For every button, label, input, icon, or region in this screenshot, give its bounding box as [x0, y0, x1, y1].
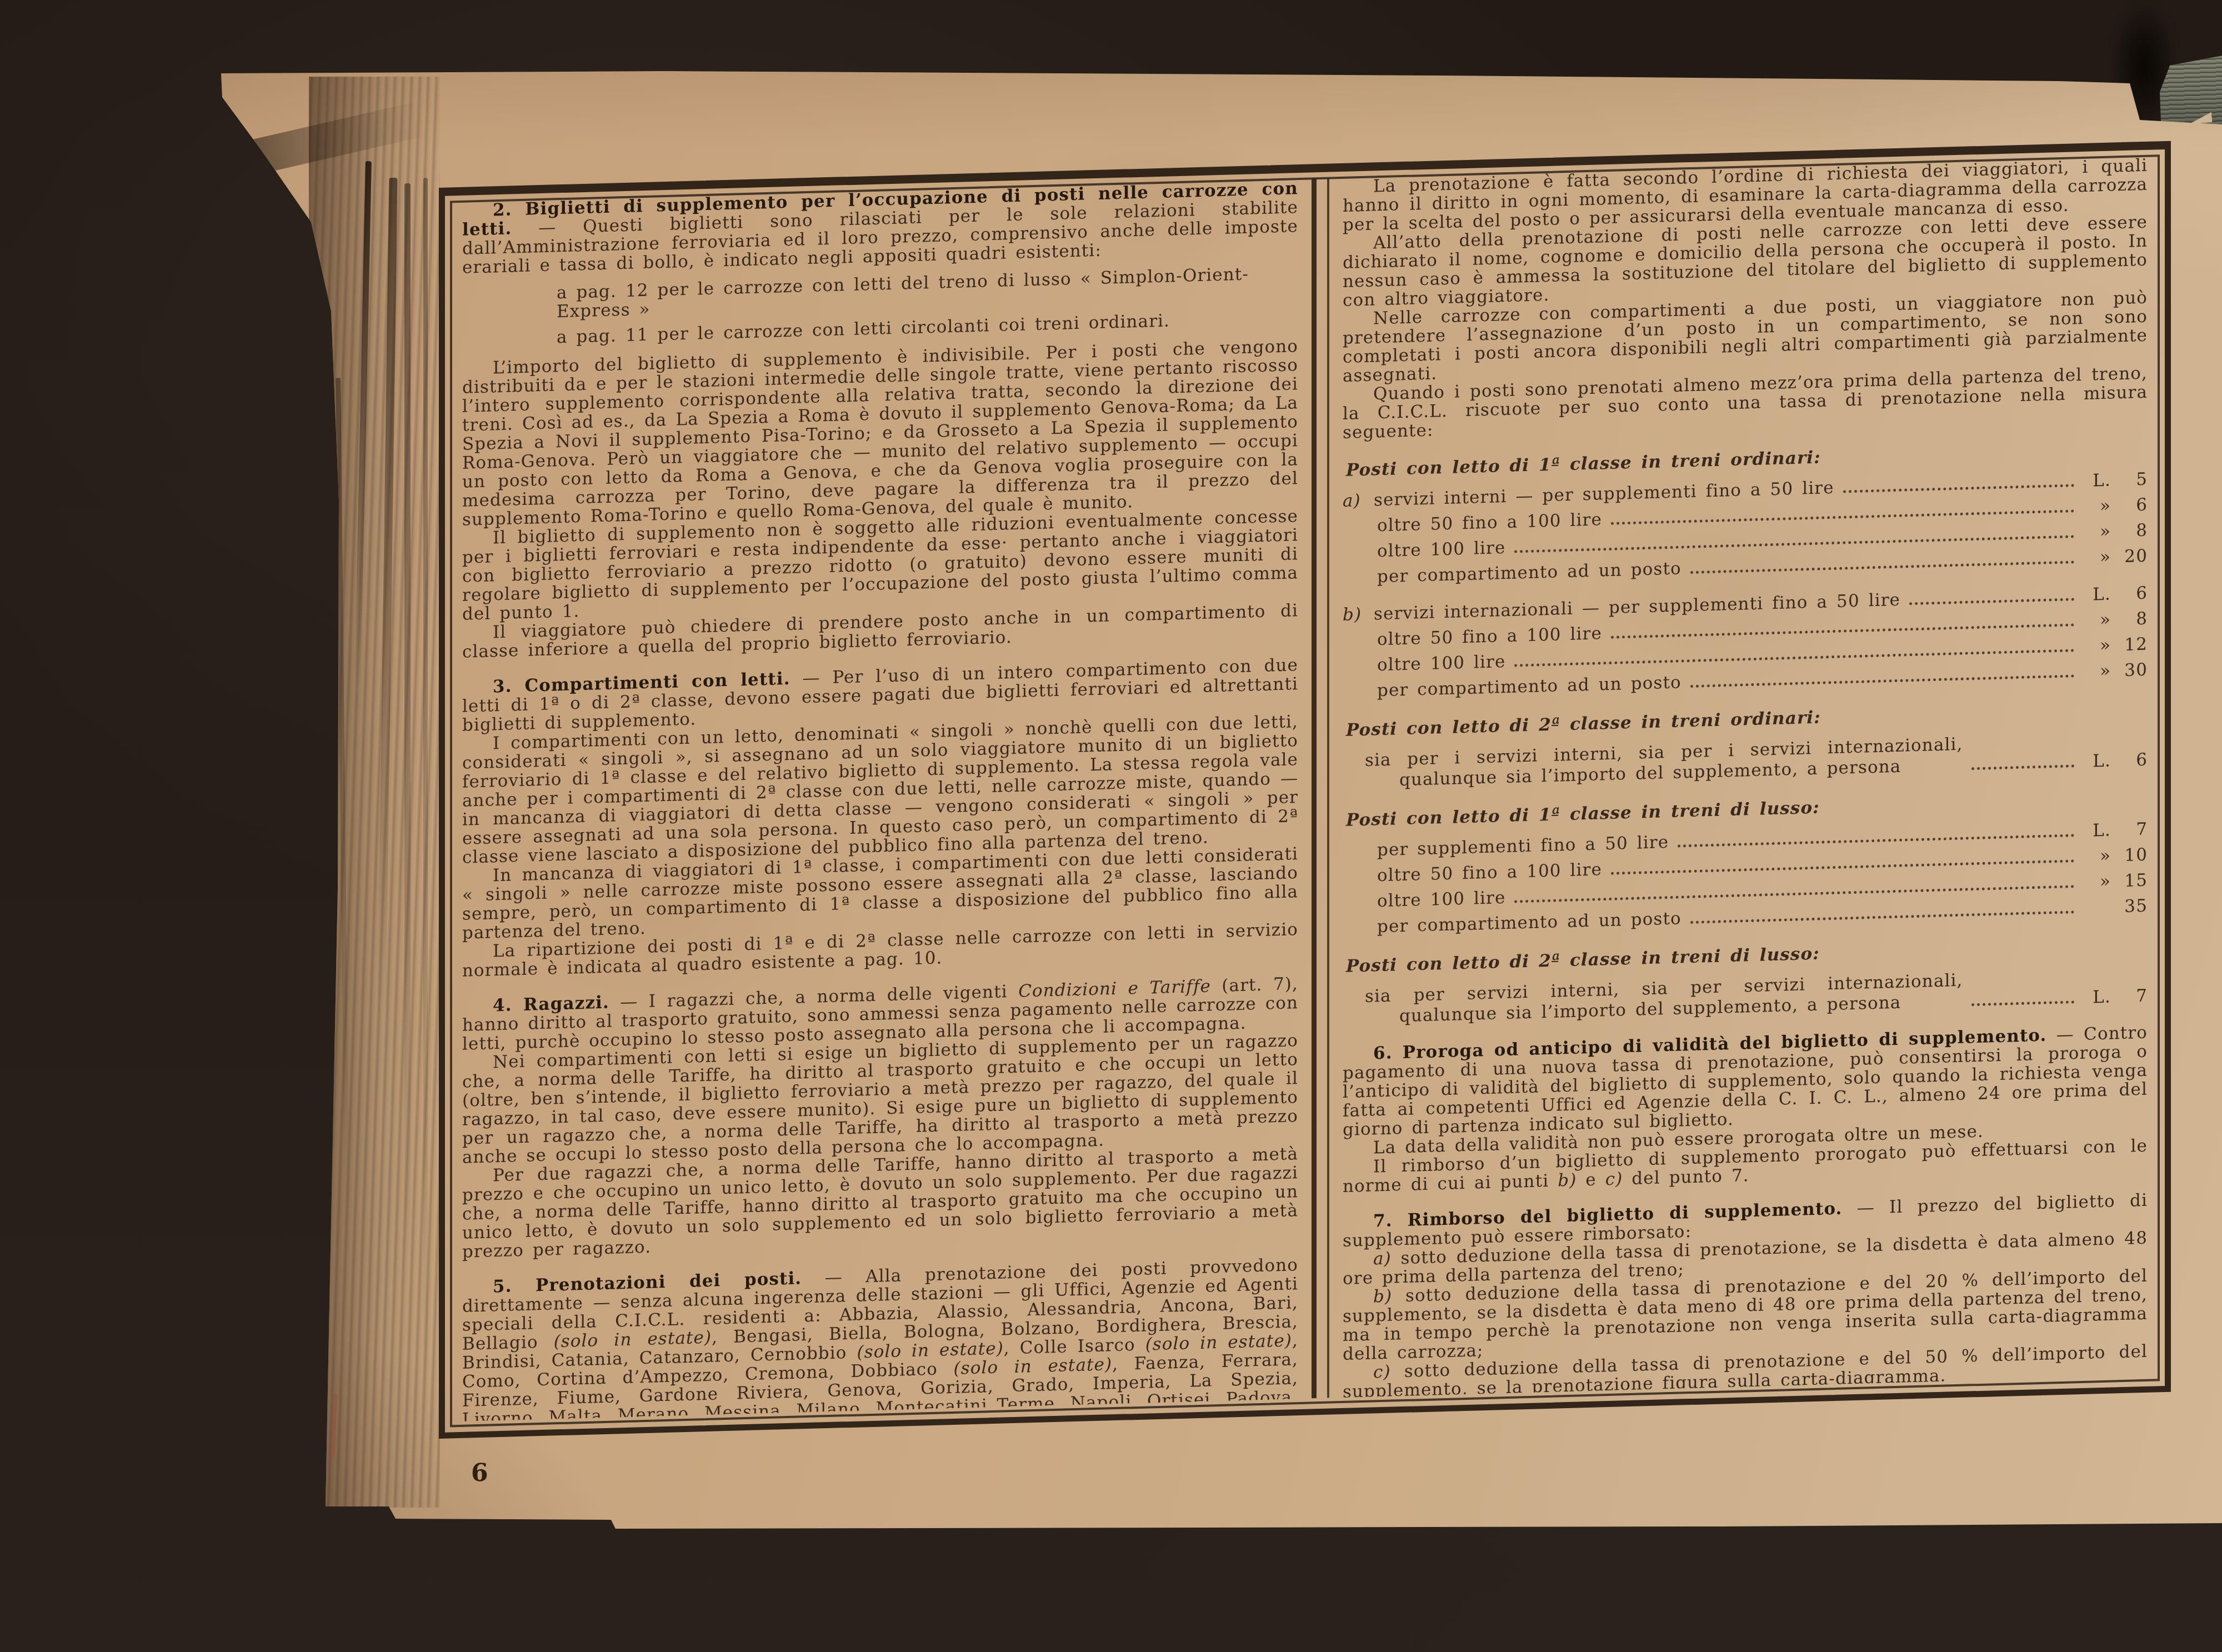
dot-leader	[1843, 484, 2074, 493]
price-row-label: per compartimento ad un posto	[1377, 672, 1681, 701]
price-row-label: oltre 50 fino a 100 lire	[1377, 509, 1602, 536]
text-run: del punto 7.	[1623, 1165, 1749, 1189]
price-table-1a-ordinari: Posti con letto di 1ª classe in treni or…	[1343, 439, 2148, 702]
currency-symbol: »	[2082, 547, 2111, 568]
price-value: 5	[2111, 469, 2148, 491]
price-value: 8	[2111, 609, 2148, 630]
paragraph-singoli: I compartimenti con un letto, denominati…	[462, 712, 1298, 867]
price-value: 7	[2111, 819, 2148, 841]
price-row-letter: b)	[1343, 604, 1374, 625]
price-tables: Posti con letto di 1ª classe in treni or…	[1343, 439, 2148, 1028]
currency-symbol: »	[2082, 635, 2111, 657]
currency-symbol: L.	[2082, 820, 2111, 842]
text-run: c)	[1373, 1362, 1391, 1383]
price-row: sia per servizi interni, sia per servizi…	[1343, 965, 2148, 1028]
price-value: 30	[2111, 660, 2148, 682]
left-column: 2. Biglietti di supplemento per l’occupa…	[462, 179, 1298, 1421]
price-table-1a-lusso: Posti con letto di 1ª classe in treni di…	[1343, 789, 2148, 938]
price-value: 6	[2111, 750, 2148, 772]
price-row: sia per i servizi interni, sia per i ser…	[1343, 729, 2148, 792]
page-edge-stack	[309, 77, 440, 1508]
text-run: a)	[1373, 1249, 1392, 1269]
currency-symbol: »	[2082, 610, 2111, 631]
price-value: 7	[2111, 986, 2148, 1008]
dot-leader	[1971, 1000, 2074, 1006]
price-value: 35	[2111, 896, 2148, 918]
price-value: 20	[2111, 546, 2148, 568]
page-number: 6	[471, 1459, 488, 1488]
price-row-label: per compartimento ad un posto	[1377, 558, 1681, 587]
currency-symbol: L.	[2082, 751, 2111, 772]
currency-symbol	[2082, 918, 2111, 918]
printed-sheet: 2. Biglietti di supplemento per l’occupa…	[439, 141, 2171, 1439]
paragraph-importo: L’importo del biglietto di supplemento è…	[462, 337, 1298, 529]
text-run: L’importo del biglietto di supplemento è…	[462, 336, 1298, 530]
price-table-2a-lusso: Posti con letto di 2ª classe in treni di…	[1343, 935, 2148, 1028]
price-row-letter: a)	[1343, 490, 1374, 512]
right-column: La prenotazione è fatta secondo l’ordine…	[1343, 156, 2148, 1398]
paragraph-ragazzi-supplemento: Nei compartimenti con letti si esige un …	[462, 1031, 1298, 1167]
dot-leader	[1690, 560, 2074, 574]
currency-symbol: »	[2082, 872, 2111, 893]
text-columns: 2. Biglietti di supplemento per l’occupa…	[462, 156, 2148, 1421]
dot-leader	[1611, 509, 2074, 525]
dot-leader	[1690, 910, 2074, 924]
currency-symbol: »	[2082, 846, 2111, 867]
dot-leader	[1611, 623, 2074, 639]
price-value: 15	[2111, 870, 2148, 892]
price-row-label: oltre 50 fino a 100 lire	[1377, 623, 1602, 650]
price-row-label: oltre 100 lire	[1377, 538, 1505, 562]
price-value: 6	[2111, 495, 2148, 517]
price-value: 12	[2111, 634, 2148, 656]
price-table-2a-ordinari: Posti con letto di 2ª classe in treni or…	[1343, 699, 2148, 792]
price-row-label: oltre 50 fino a 100 lire	[1377, 859, 1602, 886]
price-row-label: oltre 100 lire	[1377, 888, 1505, 912]
paragraph-prenotazioni: 5. Prenotazioni dei posti. — Alla prenot…	[462, 1255, 1298, 1421]
text-run: b)	[1558, 1170, 1577, 1191]
price-value: 10	[2111, 845, 2148, 867]
dot-leader	[1690, 674, 2074, 688]
page-reference-list: a pag. 12 per le carrozze con letti del …	[462, 263, 1298, 349]
price-row-label: sia per i servizi interni, sia per i ser…	[1365, 734, 1963, 792]
text-run: I compartimenti con un letto, denominati…	[462, 712, 1298, 868]
currency-symbol: L.	[2082, 584, 2111, 605]
dot-leader	[1678, 834, 2074, 847]
price-row-label: per compartimento ad un posto	[1377, 908, 1681, 937]
page-edge-streak	[404, 183, 411, 1266]
photo-background: 2. Biglietti di supplemento per l’occupa…	[0, 0, 2222, 1652]
text-run: e	[1577, 1169, 1605, 1190]
price-row-label: oltre 100 lire	[1377, 652, 1505, 675]
dot-leader	[1909, 598, 2074, 605]
price-value: 8	[2111, 520, 2148, 542]
dot-leader	[1611, 859, 2074, 875]
page-edge-streak	[423, 178, 428, 1428]
column-divider	[1312, 178, 1329, 1399]
text-run: c)	[1605, 1169, 1623, 1189]
currency-symbol: L.	[2082, 470, 2111, 492]
text-run: b)	[1373, 1286, 1392, 1307]
currency-symbol: »	[2082, 522, 2111, 543]
price-value: 6	[2111, 583, 2148, 605]
currency-symbol: »	[2082, 496, 2111, 517]
currency-symbol: »	[2082, 661, 2111, 682]
price-row-label: per supplementi fino a 50 lire	[1377, 832, 1669, 860]
currency-symbol: L.	[2082, 987, 2111, 1008]
book-page: 2. Biglietti di supplemento per l’occupa…	[0, 0, 2222, 1652]
dot-leader	[1971, 764, 2074, 770]
price-row-label: sia per servizi interni, sia per servizi…	[1365, 970, 1963, 1028]
